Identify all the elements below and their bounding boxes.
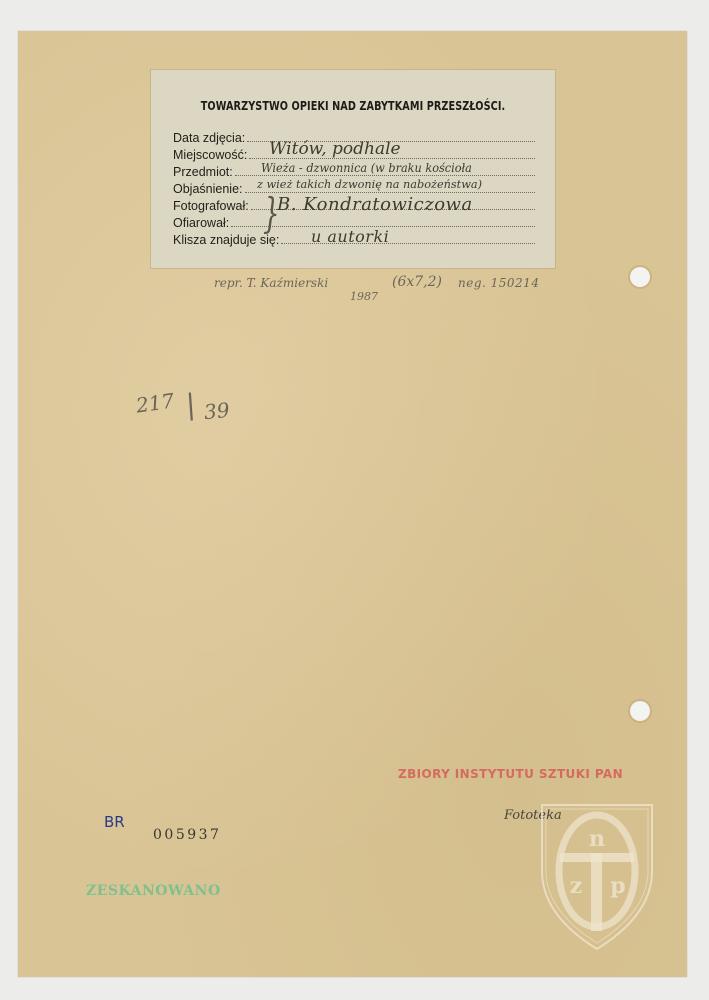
label-card: TOWARZYSTWO OPIEKI NAD ZABYTKAMI PRZESZŁ… xyxy=(151,70,555,268)
repro-format: (6x7,2) xyxy=(392,275,442,289)
negative-number: neg. 150214 xyxy=(458,277,539,289)
svg-text:p: p xyxy=(610,873,625,899)
repro-year: 1987 xyxy=(350,291,378,302)
handwritten-photographer: B. Kondratowiczowa xyxy=(277,196,473,214)
inventory-prefix: BR xyxy=(104,813,125,831)
pencil-divider: | xyxy=(185,391,196,420)
shield-monogram-icon: n z p xyxy=(538,801,656,951)
repro-note: repr. T. Kaźmierski xyxy=(214,277,328,289)
collection-stamp: ZBIORY INSTYTUTU SZTUKI PAN xyxy=(398,767,623,781)
inventory-number: 005937 xyxy=(153,827,221,843)
pencil-code-left: 217 xyxy=(135,390,176,415)
pencil-code-right: 39 xyxy=(203,400,230,423)
document-sheet: TOWARZYSTWO OPIEKI NAD ZABYTKAMI PRZESZŁ… xyxy=(18,31,687,977)
punch-hole-icon xyxy=(630,701,650,721)
scanned-stamp: ZESKANOWANO xyxy=(86,883,221,899)
handwritten-negative-location: u autorki xyxy=(311,229,389,245)
svg-text:z: z xyxy=(570,873,583,899)
handwritten-subject: Wieża - dzwonnica (w braku kościoła xyxy=(261,162,472,174)
handwritten-description: z wież takich dzwonię na nabożeństwa) xyxy=(257,179,482,191)
handwritten-location: Witów, podhale xyxy=(269,141,401,158)
punch-hole-icon xyxy=(630,267,650,287)
svg-text:n: n xyxy=(589,826,605,852)
card-title: TOWARZYSTWO OPIEKI NAD ZABYTKAMI PRZESZŁ… xyxy=(179,98,526,113)
